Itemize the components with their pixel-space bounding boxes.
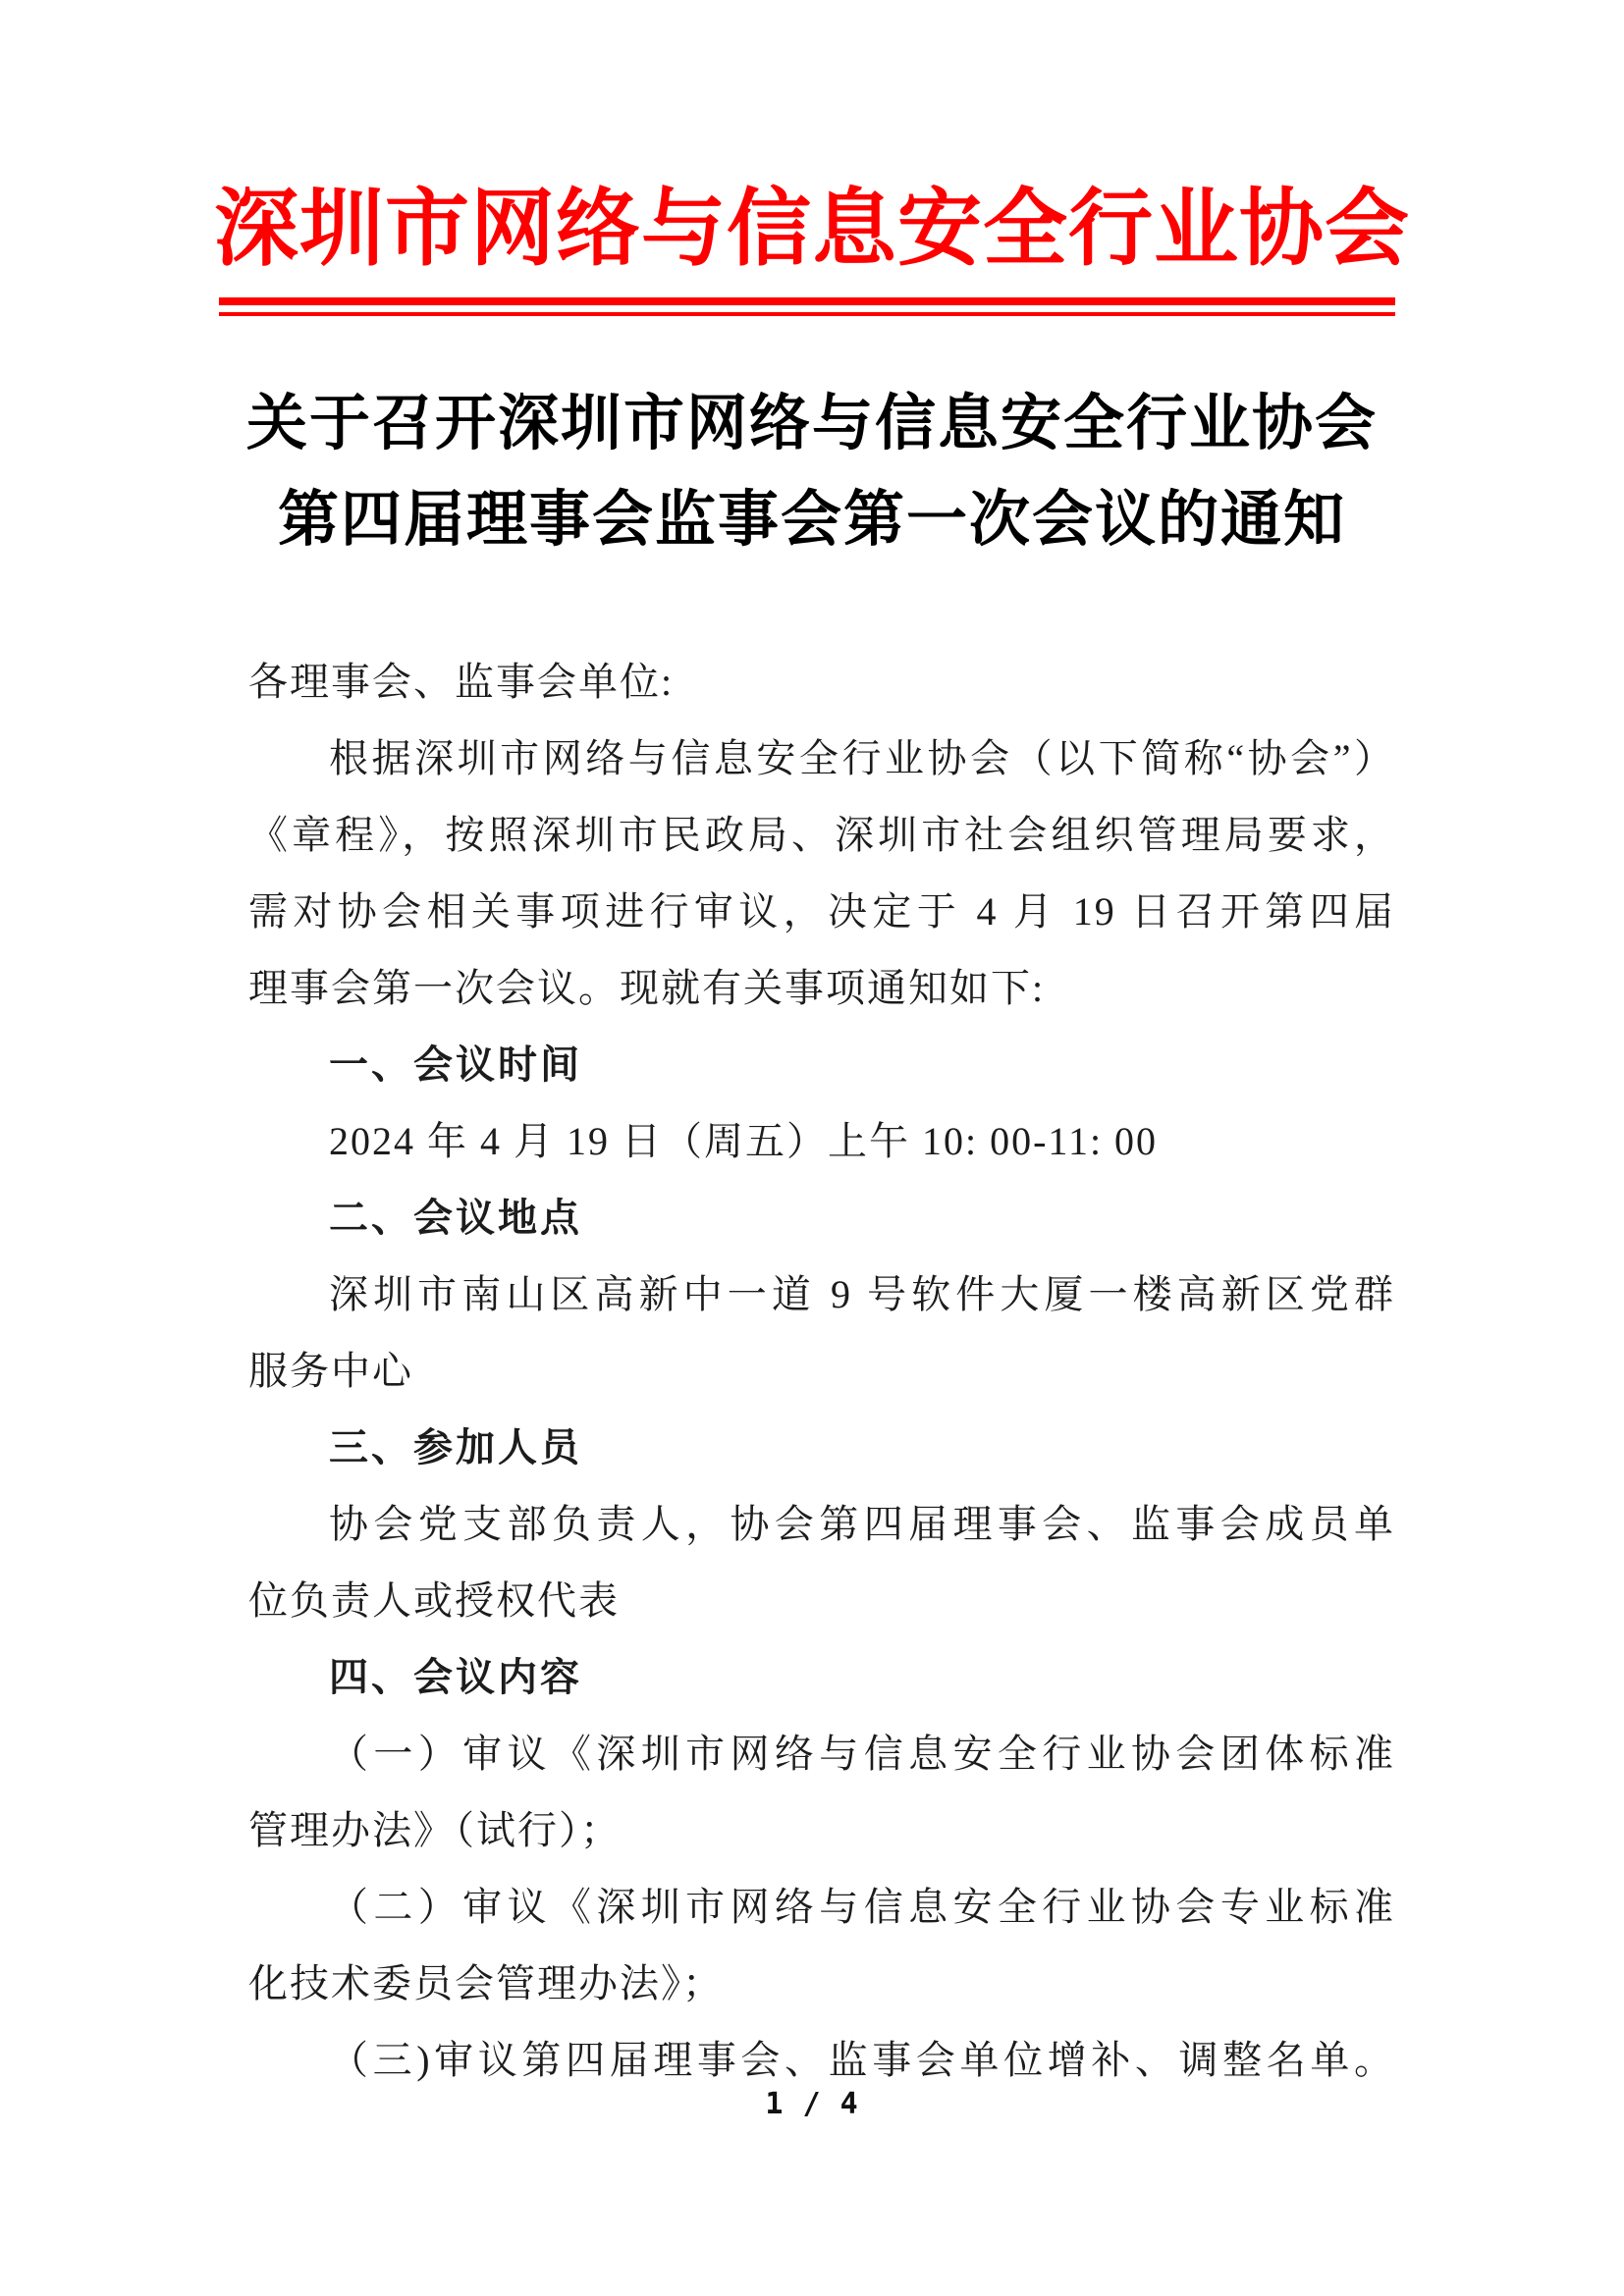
- section-heading-attendees: 三、参加人员: [248, 1410, 1395, 1486]
- page-title-line2: 第四届理事会监事会第一次会议的通知: [0, 472, 1624, 568]
- header-rule-thin: [219, 312, 1395, 316]
- meeting-location-line: 深圳市南山区高新中一道 9 号软件大厦一楼高新区党群: [248, 1256, 1395, 1333]
- agenda-item-line: 管理办法》（试行）；: [248, 1792, 1395, 1869]
- agenda-item-line: （二）审议《深圳市网络与信息安全行业协会专业标准: [248, 1869, 1395, 1946]
- meeting-location-line: 服务中心: [248, 1333, 1395, 1410]
- org-name-header: 深圳市网络与信息安全行业协会: [0, 180, 1624, 278]
- paragraph-line: 需对协会相关事项进行审议，决定于 4 月 19 日召开第四届: [248, 874, 1395, 950]
- salutation-line: 各理事会、监事会单位:: [248, 644, 1395, 721]
- attendees-line: 位负责人或授权代表: [248, 1563, 1395, 1639]
- page-title: 关于召开深圳市网络与信息安全行业协会 第四届理事会监事会第一次会议的通知: [0, 376, 1624, 568]
- page-title-line1: 关于召开深圳市网络与信息安全行业协会: [0, 376, 1624, 472]
- section-heading-time: 一、会议时间: [248, 1027, 1395, 1103]
- section-heading-agenda: 四、会议内容: [248, 1639, 1395, 1716]
- paragraph-line: 根据深圳市网络与信息安全行业协会（以下简称“协会”）: [248, 721, 1395, 797]
- paragraph-line: 理事会第一次会议。现就有关事项通知如下:: [248, 950, 1395, 1027]
- agenda-item-line: （一）审议《深圳市网络与信息安全行业协会团体标准: [248, 1716, 1395, 1792]
- document-body: 各理事会、监事会单位: 根据深圳市网络与信息安全行业协会（以下简称“协会”） 《…: [248, 644, 1395, 2099]
- footer-page-indicator: 1 / 4: [0, 2087, 1624, 2121]
- paragraph-line: 《章程》，按照深圳市民政局、深圳市社会组织管理局要求，: [248, 797, 1395, 874]
- agenda-item-line: 化技术委员会管理办法》；: [248, 1946, 1395, 2022]
- document-page: 深圳市网络与信息安全行业协会 关于召开深圳市网络与信息安全行业协会 第四届理事会…: [0, 0, 1624, 2296]
- header-rule-thick: [219, 297, 1395, 305]
- attendees-line: 协会党支部负责人，协会第四届理事会、监事会成员单: [248, 1486, 1395, 1563]
- section-heading-location: 二、会议地点: [248, 1180, 1395, 1256]
- meeting-time-line: 2024 年 4 月 19 日（周五）上午 10: 00-11: 00: [248, 1103, 1395, 1180]
